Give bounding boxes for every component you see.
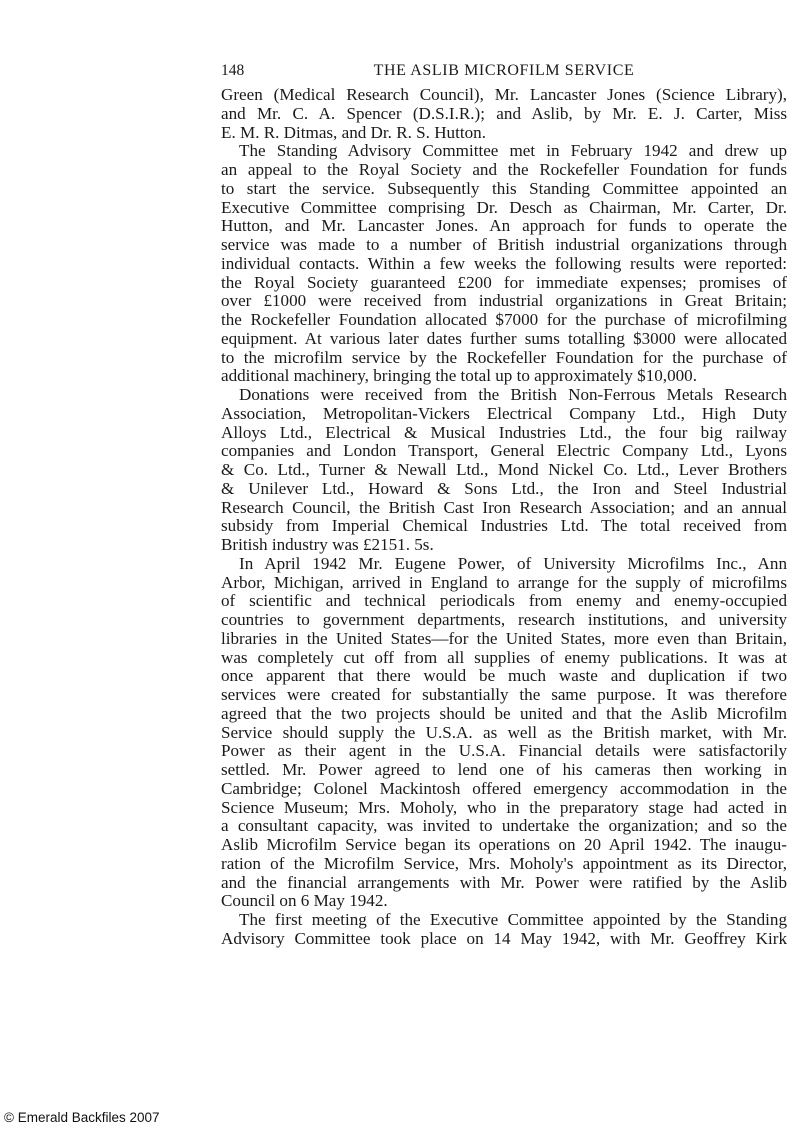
- text-line: Advisory Committee took place on 14 May …: [221, 930, 787, 949]
- text-line: agreed that the two projects should be u…: [221, 705, 787, 724]
- text-line: Council on 6 May 1942.: [221, 892, 787, 911]
- paragraph: Green (Medical Research Council), Mr. La…: [221, 86, 787, 142]
- text-line: subsidy from Imperial Chemical Industrie…: [221, 517, 787, 536]
- text-line: Alloys Ltd., Electrical & Musical Indust…: [221, 424, 787, 443]
- text-line: & Co. Ltd., Turner & Newall Ltd., Mond N…: [221, 461, 787, 480]
- text-line: Science Museum; Mrs. Moholy, who in the …: [221, 799, 787, 818]
- text-line: Aslib Microfilm Service began its operat…: [221, 836, 787, 855]
- text-line: an appeal to the Royal Society and the R…: [221, 161, 787, 180]
- text-line: individual contacts. Within a few weeks …: [221, 255, 787, 274]
- text-line: of scientific and technical periodicals …: [221, 592, 787, 611]
- text-line: ration of the Microfilm Service, Mrs. Mo…: [221, 855, 787, 874]
- text-line: countries to government departments, res…: [221, 611, 787, 630]
- paragraph: In April 1942 Mr. Eugene Power, of Unive…: [221, 555, 787, 911]
- text-line: services were created for substantially …: [221, 686, 787, 705]
- text-line: Association, Metropolitan-Vickers Electr…: [221, 405, 787, 424]
- text-line: In April 1942 Mr. Eugene Power, of Unive…: [221, 555, 787, 574]
- document-page: 148 THE ASLIB MICROFILM SERVICE Green (M…: [221, 60, 787, 949]
- text-line: Executive Committee comprising Dr. Desch…: [221, 199, 787, 218]
- text-line: companies and London Transport, General …: [221, 442, 787, 461]
- text-line: equipment. At various later dates furthe…: [221, 330, 787, 349]
- running-title: THE ASLIB MICROFILM SERVICE: [221, 60, 787, 82]
- text-line: Cambridge; Colonel Mackintosh offered em…: [221, 780, 787, 799]
- text-line: and Mr. C. A. Spencer (D.S.I.R.); and As…: [221, 105, 787, 124]
- running-head: 148 THE ASLIB MICROFILM SERVICE: [221, 60, 787, 86]
- text-line: Hutton, and Mr. Lancaster Jones. An appr…: [221, 217, 787, 236]
- text-line: Donations were received from the British…: [221, 386, 787, 405]
- text-line: the Royal Society guaranteed £200 for im…: [221, 274, 787, 293]
- text-line: and the financial arrangements with Mr. …: [221, 874, 787, 893]
- paragraph: Donations were received from the British…: [221, 386, 787, 555]
- text-line: was completely cut off from all supplies…: [221, 649, 787, 668]
- paragraph: The first meeting of the Executive Commi…: [221, 911, 787, 949]
- text-line: The first meeting of the Executive Commi…: [221, 911, 787, 930]
- text-line: once apparent that there would be much w…: [221, 667, 787, 686]
- text-line: Green (Medical Research Council), Mr. La…: [221, 86, 787, 105]
- text-line: Power as their agent in the U.S.A. Finan…: [221, 742, 787, 761]
- text-line: service was made to a number of British …: [221, 236, 787, 255]
- text-line: libraries in the United States—for the U…: [221, 630, 787, 649]
- text-line: British industry was £2151. 5s.: [221, 536, 787, 555]
- copyright-footer: © Emerald Backfiles 2007: [4, 1110, 160, 1125]
- text-line: the Rockefeller Foundation allocated $70…: [221, 311, 787, 330]
- text-line: Arbor, Michigan, arrived in England to a…: [221, 574, 787, 593]
- paragraph: The Standing Advisory Committee met in F…: [221, 142, 787, 386]
- text-line: additional machinery, bringing the total…: [221, 367, 787, 386]
- text-line: The Standing Advisory Committee met in F…: [221, 142, 787, 161]
- text-line: a consultant capacity, was invited to un…: [221, 817, 787, 836]
- text-line: E. M. R. Ditmas, and Dr. R. S. Hutton.: [221, 124, 787, 143]
- text-line: to the microfilm service by the Rockefel…: [221, 349, 787, 368]
- text-line: settled. Mr. Power agreed to lend one of…: [221, 761, 787, 780]
- text-line: to start the service. Subsequently this …: [221, 180, 787, 199]
- text-line: Research Council, the British Cast Iron …: [221, 499, 787, 518]
- text-line: over £1000 were received from industrial…: [221, 292, 787, 311]
- text-line: & Unilever Ltd., Howard & Sons Ltd., the…: [221, 480, 787, 499]
- body-text: Green (Medical Research Council), Mr. La…: [221, 86, 787, 949]
- text-line: Service should supply the U.S.A. as well…: [221, 724, 787, 743]
